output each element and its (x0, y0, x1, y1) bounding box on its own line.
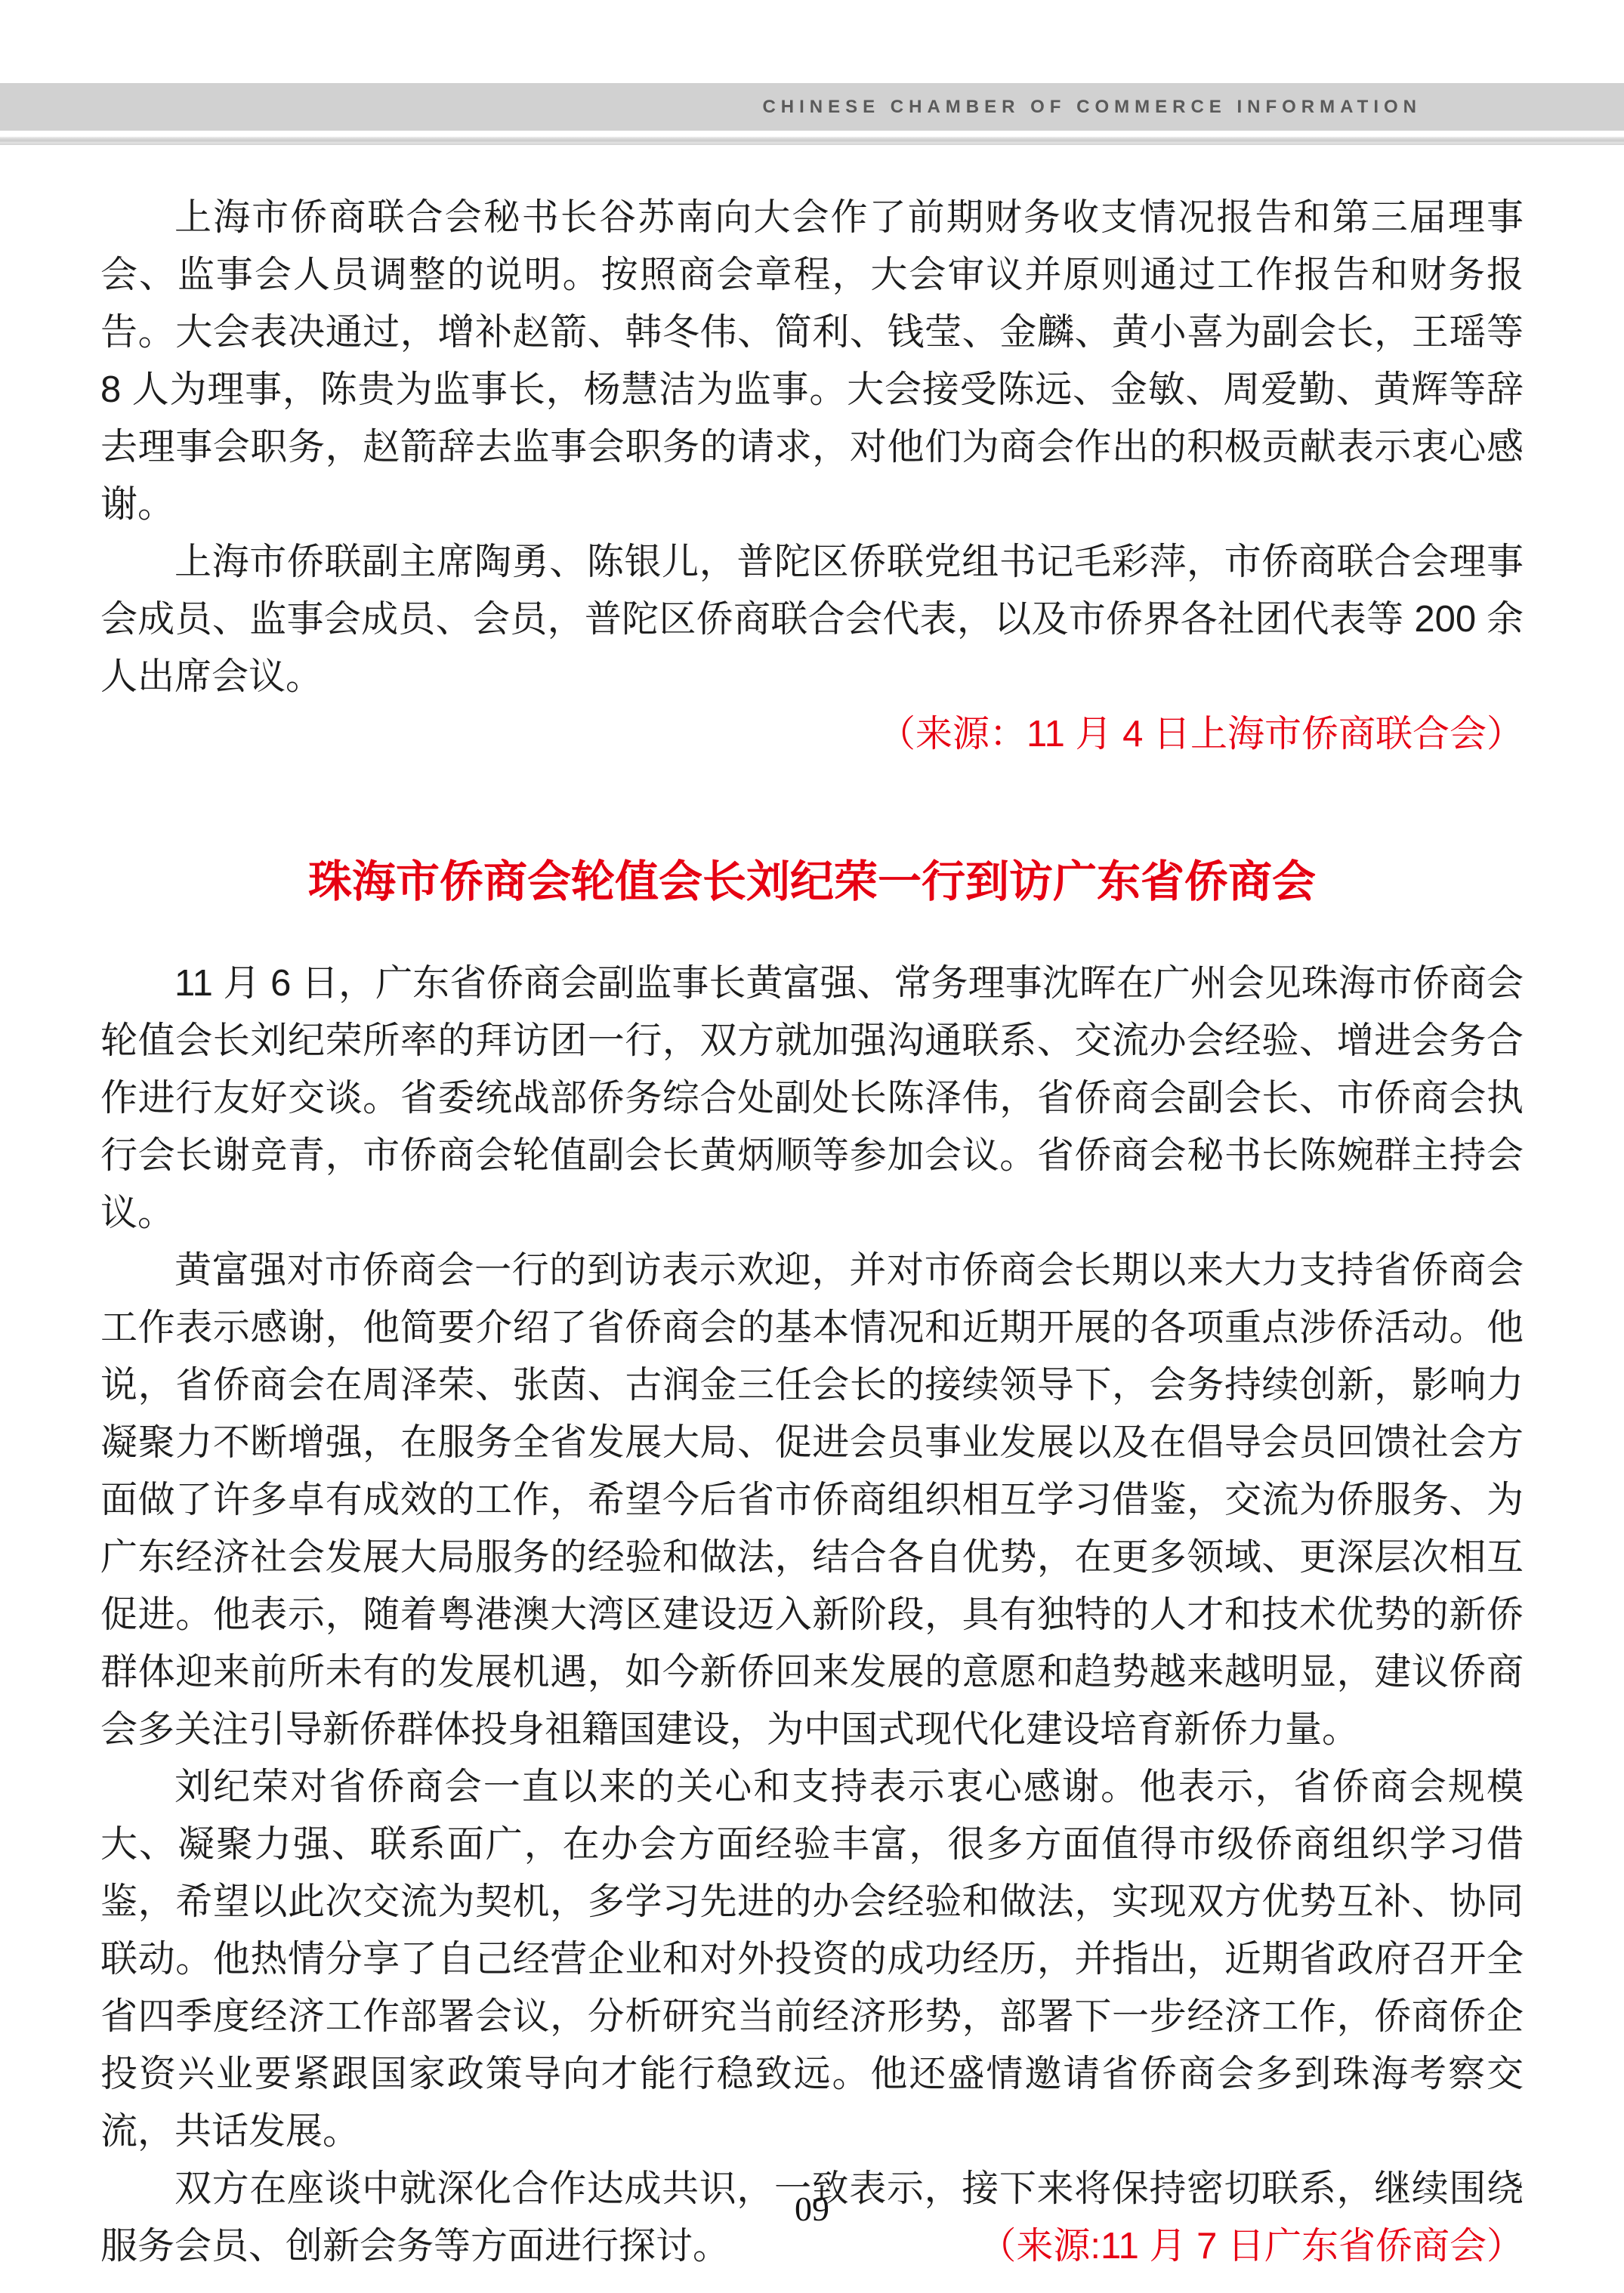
paragraph: 11 月 6 日，广东省侨商会副监事长黄富强、常务理事沈晖在广州会见珠海市侨商会… (100, 955, 1524, 1242)
paragraph: 黄富强对市侨商会一行的到访表示欢迎，并对市侨商会长期以来大力支持省侨商会工作表示… (100, 1242, 1524, 1758)
header-banner-text: CHINESE CHAMBER OF COMMERCE INFORMATION (762, 97, 1422, 118)
article-shanghai: 上海市侨商联合会秘书长谷苏南向大会作了前期财务收支情况报告和第三届理事会、监事会… (100, 189, 1524, 763)
header-banner: CHINESE CHAMBER OF COMMERCE INFORMATION (0, 83, 1624, 131)
article-zhuhai: 珠海市侨商会轮值会长刘纪荣一行到访广东省侨商会 11 月 6 日，广东省侨商会副… (100, 852, 1524, 2275)
paragraph: 刘纪荣对省侨商会一直以来的关心和支持表示衷心感谢。他表示，省侨商会规模大、凝聚力… (100, 1758, 1524, 2160)
header-rule (0, 137, 1624, 145)
paragraph: 上海市侨商联合会秘书长谷苏南向大会作了前期财务收支情况报告和第三届理事会、监事会… (100, 189, 1524, 533)
paragraph: 上海市侨联副主席陶勇、陈银儿，普陀区侨联党组书记毛彩萍，市侨商联合会理事会成员、… (100, 533, 1524, 705)
article-title: 珠海市侨商会轮值会长刘纪荣一行到访广东省侨商会 (100, 852, 1524, 912)
page-number: 09 (0, 2189, 1624, 2229)
source-attribution: （来源：11 月 4 日上海市侨商联合会） (100, 705, 1524, 763)
page-content: 上海市侨商联合会秘书长谷苏南向大会作了前期财务收支情况报告和第三届理事会、监事会… (100, 189, 1524, 2275)
